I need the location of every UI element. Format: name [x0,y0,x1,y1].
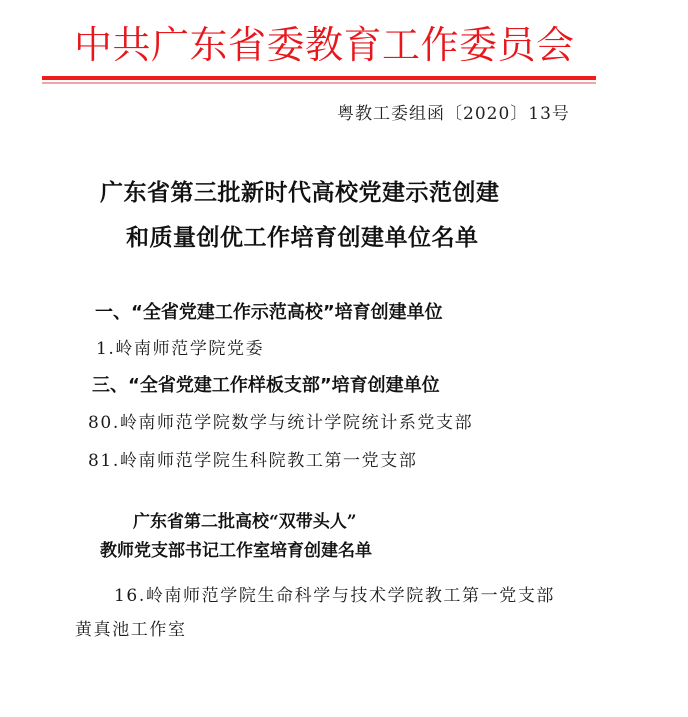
document-number: 粤教工委组函〔2020〕13号 [337,102,570,126]
list-item: 80.岭南师范学院数学与统计学院统计系党支部 [88,410,473,436]
main-title-line-1: 广东省第三批新时代高校党建示范创建 [100,177,500,209]
second-list-title-line-2: 教师党支部书记工作室培育创建名单 [100,539,372,563]
list-item: 1.岭南师范学院党委 [96,336,264,362]
masthead-divider-thin [42,82,596,84]
masthead-divider-thick [42,76,596,80]
second-list-title-line-1: 广东省第二批高校“双带头人” [133,510,357,534]
main-title-line-2: 和质量创优工作培育创建单位名单 [126,222,479,254]
section-heading-model-branch: 三、“全省党建工作样板支部”培育创建单位 [92,373,440,399]
section-heading-demo-university: 一、“全省党建工作示范高校”培育创建单位 [95,300,443,326]
list-item: 16.岭南师范学院生命科学与技术学院教工第一党支部 [114,583,555,609]
issuer-masthead: 中共广东省委教育工作委员会 [74,22,575,68]
list-item: 81.岭南师范学院生科院教工第一党支部 [88,448,417,474]
list-item-continuation: 黄真池工作室 [75,617,187,643]
